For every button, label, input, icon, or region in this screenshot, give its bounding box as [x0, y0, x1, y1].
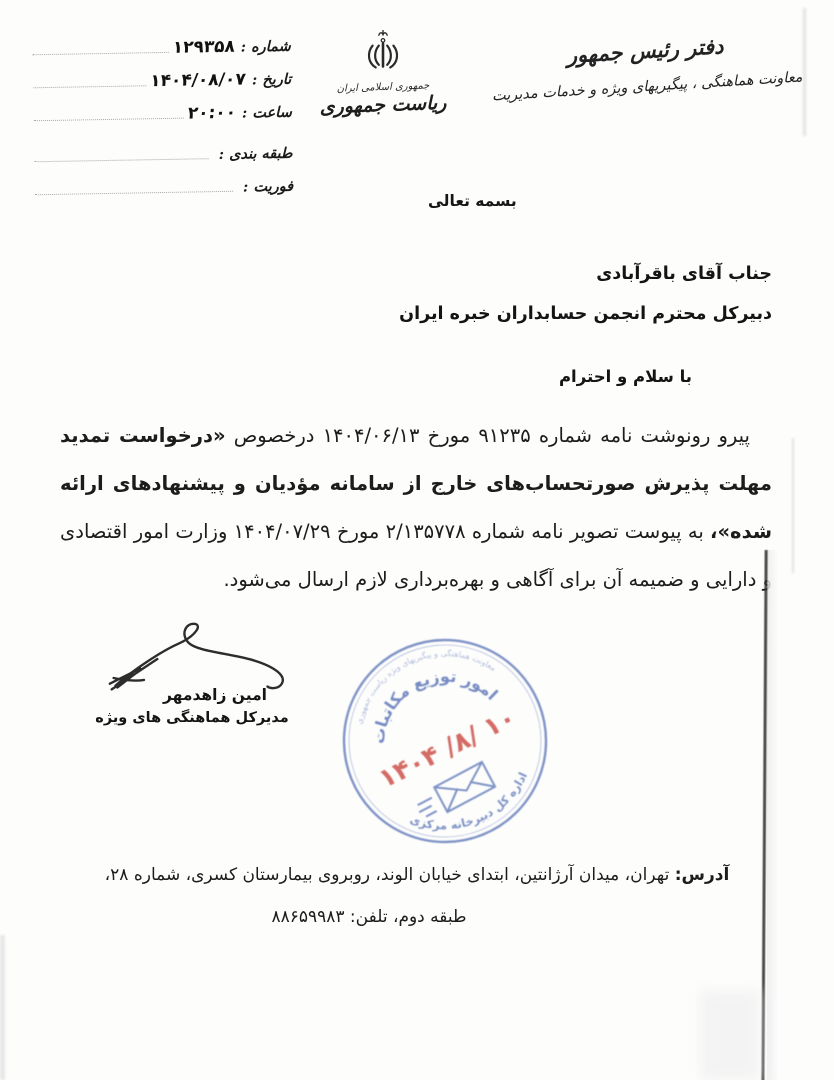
salutation: با سلام و احترام [559, 367, 692, 386]
scan-artifact-paper-edge-shade [767, 550, 777, 1080]
footer-address: آدرس: تهران، میدان آرژانتین، ابتدای خیاب… [52, 854, 782, 938]
letterhead: دفتر رئیس جمهور معاونت هماهنگی ، پیگیریه… [475, 28, 818, 106]
signer-title: مدیرکل هماهنگی های ویژه [92, 710, 292, 726]
address-line1: آدرس: تهران، میدان آرژانتین، ابتدای خیاب… [52, 854, 782, 896]
address-line2: طبقه دوم، تلفن: ۸۸۶۵۹۹۸۳ [4, 896, 734, 938]
dotted-leader [35, 191, 233, 195]
scan-artifact-paper-edge [761, 550, 767, 1080]
recipient-block: جناب آقای باقرآبادی دبیرکل محترم انجمن ح… [399, 260, 772, 328]
recipient-title: دبیرکل محترم انجمن حسابداران خبره ایران [399, 300, 772, 328]
national-emblem-block: جمهوری اسلامی ایران ریاست جمهوری [318, 30, 448, 116]
emblem-office-text: ریاست جمهوری [318, 92, 449, 119]
field-number: شماره : ۱۲۹۳۵۸ [32, 36, 291, 73]
field-date-label: تاریخ : [252, 71, 292, 89]
dotted-leader [35, 158, 209, 162]
field-date-value: ۱۴۰۴/۰۸/۰۷ [150, 70, 247, 92]
scan-artifact-corner-shade [700, 990, 760, 1080]
dotted-leader [33, 85, 146, 88]
signer-name: امین زاهدمهر [150, 686, 280, 704]
field-time-label: ساعت : [242, 104, 292, 122]
besmeleh: بسمه تعالی [428, 192, 517, 210]
field-number-value: ۱۲۹۳۵۸ [172, 37, 236, 58]
letterhead-deputy: معاونت هماهنگی ، پیگیریهای ویژه و خدمات … [477, 69, 817, 106]
address-text: تهران، میدان آرژانتین، ابتدای خیابان الو… [105, 865, 675, 885]
dotted-leader [33, 52, 169, 55]
body-intro: پیرو رونوشت نامه شماره ۹۱۲۳۵ مورخ ۱۴۰۴/۰… [226, 424, 750, 447]
registration-stamp: معاونت هماهنگی و پیگیریهای ویژه ریاست جم… [295, 591, 594, 890]
field-classification: طبقه بندی : [34, 145, 293, 182]
dotted-leader [34, 118, 184, 122]
field-priority: فوریت : [35, 178, 294, 215]
field-date: تاریخ : ۱۴۰۴/۰۸/۰۷ [33, 69, 292, 106]
field-time-value: ۲۰:۰۰ [187, 103, 237, 124]
body-closing: به پیوست تصویر نامه شماره ۲/۱۳۵۷۷۸ مورخ … [60, 520, 772, 591]
recipient-name: جناب آقای باقرآبادی [399, 260, 772, 288]
address-label: آدرس: [675, 865, 730, 885]
scan-artifact-streak [792, 438, 794, 573]
scanned-letter-page: شماره : ۱۲۹۳۵۸ تاریخ : ۱۴۰۴/۰۸/۰۷ ساعت :… [0, 0, 834, 1080]
field-time: ساعت : ۲۰:۰۰ [34, 102, 293, 139]
letterhead-office: دفتر رئیس جمهور [475, 28, 816, 74]
letter-body: پیرو رونوشت نامه شماره ۹۱۲۳۵ مورخ ۱۴۰۴/۰… [60, 412, 772, 604]
field-number-label: شماره : [241, 38, 291, 56]
iran-emblem-icon [357, 30, 409, 82]
registry-fields: شماره : ۱۲۹۳۵۸ تاریخ : ۱۴۰۴/۰۸/۰۷ ساعت :… [32, 36, 293, 215]
field-classification-label: طبقه بندی : [219, 145, 293, 163]
scan-artifact-edge-left [0, 935, 5, 1080]
field-priority-label: فوریت : [243, 178, 293, 196]
